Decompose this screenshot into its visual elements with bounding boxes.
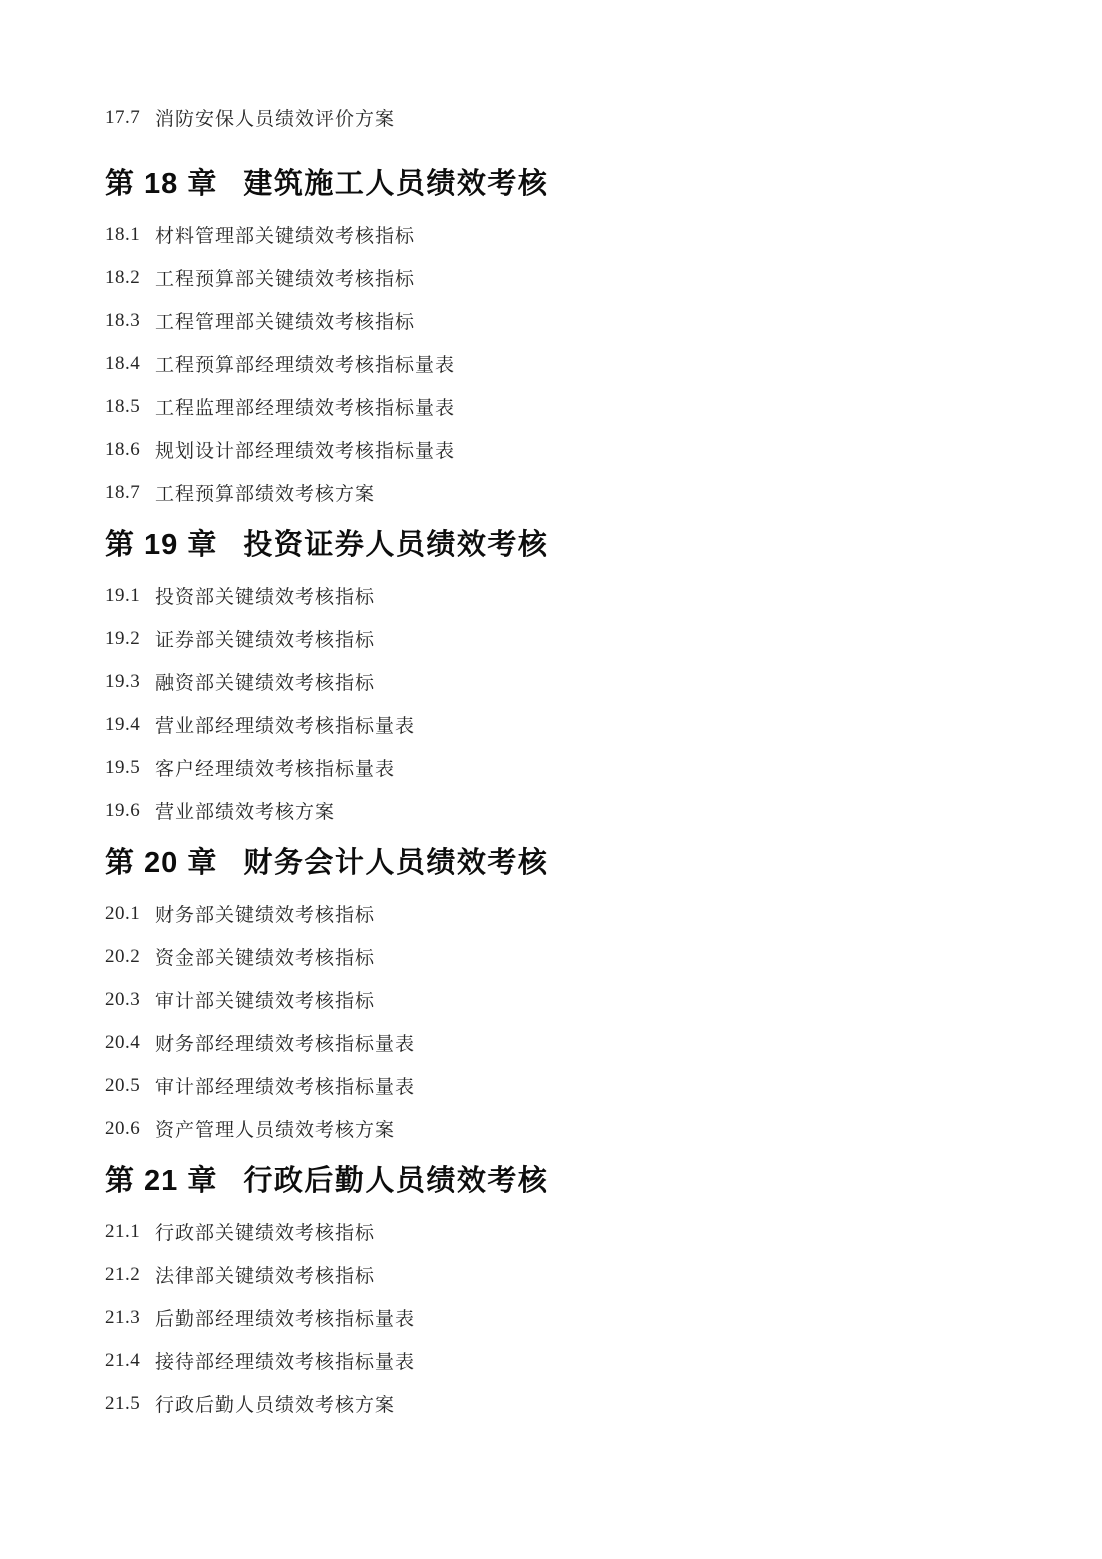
item-number: 19.3 bbox=[105, 671, 155, 693]
item-number: 18.4 bbox=[105, 353, 155, 375]
item-title: 资产管理人员绩效考核方案 bbox=[155, 1115, 395, 1142]
item-number: 20.1 bbox=[105, 903, 155, 925]
chapter-title: 财务会计人员绩效考核 bbox=[243, 840, 548, 881]
item-title: 接待部经理绩效考核指标量表 bbox=[155, 1347, 415, 1374]
item-number: 19.2 bbox=[105, 628, 155, 650]
item-title: 工程管理部关键绩效考核指标 bbox=[155, 307, 415, 334]
toc-item: 19.1 投资部关键绩效考核指标 bbox=[105, 574, 1042, 617]
chapter-title: 行政后勤人员绩效考核 bbox=[243, 1158, 548, 1199]
item-title: 资金部关键绩效考核指标 bbox=[155, 943, 375, 970]
item-title: 消防安保人员绩效评价方案 bbox=[155, 104, 395, 131]
item-title: 行政部关键绩效考核指标 bbox=[155, 1218, 375, 1245]
item-number: 17.7 bbox=[105, 107, 155, 129]
chapter-heading: 第 20 章 财务会计人员绩效考核 bbox=[105, 838, 1042, 882]
toc-item: 20.1 财务部关键绩效考核指标 bbox=[105, 892, 1042, 935]
item-title: 工程预算部关键绩效考核指标 bbox=[155, 264, 415, 291]
toc-item: 20.4 财务部经理绩效考核指标量表 bbox=[105, 1021, 1042, 1064]
toc-item: 21.3 后勤部经理绩效考核指标量表 bbox=[105, 1296, 1042, 1339]
toc-item: 21.1 行政部关键绩效考核指标 bbox=[105, 1210, 1042, 1253]
toc-item: 18.3 工程管理部关键绩效考核指标 bbox=[105, 299, 1042, 342]
toc-item: 18.1 材料管理部关键绩效考核指标 bbox=[105, 213, 1042, 256]
item-title: 营业部绩效考核方案 bbox=[155, 797, 335, 824]
toc-item: 17.7 消防安保人员绩效评价方案 bbox=[105, 96, 1042, 139]
item-title: 客户经理绩效考核指标量表 bbox=[155, 754, 395, 781]
item-number: 20.3 bbox=[105, 989, 155, 1011]
item-number: 21.1 bbox=[105, 1221, 155, 1243]
item-title: 规划设计部经理绩效考核指标量表 bbox=[155, 436, 455, 463]
item-title: 后勤部经理绩效考核指标量表 bbox=[155, 1304, 415, 1331]
toc-item: 19.2 证券部关键绩效考核指标 bbox=[105, 617, 1042, 660]
document-page: 17.7 消防安保人员绩效评价方案 第 18 章 建筑施工人员绩效考核 18.1… bbox=[0, 0, 1102, 1559]
item-title: 投资部关键绩效考核指标 bbox=[155, 582, 375, 609]
toc-item: 18.4 工程预算部经理绩效考核指标量表 bbox=[105, 342, 1042, 385]
chapter-title: 建筑施工人员绩效考核 bbox=[243, 161, 548, 202]
toc-item: 20.5 审计部经理绩效考核指标量表 bbox=[105, 1064, 1042, 1107]
item-number: 20.5 bbox=[105, 1075, 155, 1097]
item-title: 工程预算部经理绩效考核指标量表 bbox=[155, 350, 455, 377]
item-number: 20.2 bbox=[105, 946, 155, 968]
item-number: 18.3 bbox=[105, 310, 155, 332]
toc-item: 19.4 营业部经理绩效考核指标量表 bbox=[105, 703, 1042, 746]
item-number: 18.7 bbox=[105, 482, 155, 504]
item-number: 19.5 bbox=[105, 757, 155, 779]
item-title: 法律部关键绩效考核指标 bbox=[155, 1261, 375, 1288]
item-title: 工程监理部经理绩效考核指标量表 bbox=[155, 393, 455, 420]
toc-item: 20.6 资产管理人员绩效考核方案 bbox=[105, 1107, 1042, 1150]
chapter-heading: 第 21 章 行政后勤人员绩效考核 bbox=[105, 1156, 1042, 1200]
item-number: 20.6 bbox=[105, 1118, 155, 1140]
item-number: 18.2 bbox=[105, 267, 155, 289]
toc-item: 18.2 工程预算部关键绩效考核指标 bbox=[105, 256, 1042, 299]
chapter-title: 投资证券人员绩效考核 bbox=[243, 522, 548, 563]
toc-item: 21.5 行政后勤人员绩效考核方案 bbox=[105, 1382, 1042, 1425]
chapter-number: 第 18 章 bbox=[105, 161, 217, 202]
toc-item: 18.5 工程监理部经理绩效考核指标量表 bbox=[105, 385, 1042, 428]
toc-item: 21.4 接待部经理绩效考核指标量表 bbox=[105, 1339, 1042, 1382]
item-number: 19.1 bbox=[105, 585, 155, 607]
item-title: 融资部关键绩效考核指标 bbox=[155, 668, 375, 695]
item-number: 18.6 bbox=[105, 439, 155, 461]
item-title: 财务部关键绩效考核指标 bbox=[155, 900, 375, 927]
item-title: 审计部经理绩效考核指标量表 bbox=[155, 1072, 415, 1099]
item-number: 21.5 bbox=[105, 1393, 155, 1415]
chapter-heading: 第 18 章 建筑施工人员绩效考核 bbox=[105, 159, 1042, 203]
item-number: 21.4 bbox=[105, 1350, 155, 1372]
item-number: 19.4 bbox=[105, 714, 155, 736]
chapter-number: 第 19 章 bbox=[105, 522, 217, 563]
item-title: 行政后勤人员绩效考核方案 bbox=[155, 1390, 395, 1417]
item-title: 营业部经理绩效考核指标量表 bbox=[155, 711, 415, 738]
toc-item: 20.3 审计部关键绩效考核指标 bbox=[105, 978, 1042, 1021]
chapter-heading: 第 19 章 投资证券人员绩效考核 bbox=[105, 520, 1042, 564]
item-number: 21.3 bbox=[105, 1307, 155, 1329]
toc-item: 18.7 工程预算部绩效考核方案 bbox=[105, 471, 1042, 514]
toc-item: 18.6 规划设计部经理绩效考核指标量表 bbox=[105, 428, 1042, 471]
toc-item: 21.2 法律部关键绩效考核指标 bbox=[105, 1253, 1042, 1296]
item-number: 18.5 bbox=[105, 396, 155, 418]
item-number: 21.2 bbox=[105, 1264, 155, 1286]
item-title: 审计部关键绩效考核指标 bbox=[155, 986, 375, 1013]
item-title: 证券部关键绩效考核指标 bbox=[155, 625, 375, 652]
item-number: 18.1 bbox=[105, 224, 155, 246]
item-number: 19.6 bbox=[105, 800, 155, 822]
chapter-number: 第 21 章 bbox=[105, 1158, 217, 1199]
item-title: 工程预算部绩效考核方案 bbox=[155, 479, 375, 506]
item-title: 材料管理部关键绩效考核指标 bbox=[155, 221, 415, 248]
toc-item: 19.3 融资部关键绩效考核指标 bbox=[105, 660, 1042, 703]
toc-item: 19.5 客户经理绩效考核指标量表 bbox=[105, 746, 1042, 789]
item-number: 20.4 bbox=[105, 1032, 155, 1054]
item-title: 财务部经理绩效考核指标量表 bbox=[155, 1029, 415, 1056]
toc-item: 19.6 营业部绩效考核方案 bbox=[105, 789, 1042, 832]
chapter-number: 第 20 章 bbox=[105, 840, 217, 881]
toc-item: 20.2 资金部关键绩效考核指标 bbox=[105, 935, 1042, 978]
